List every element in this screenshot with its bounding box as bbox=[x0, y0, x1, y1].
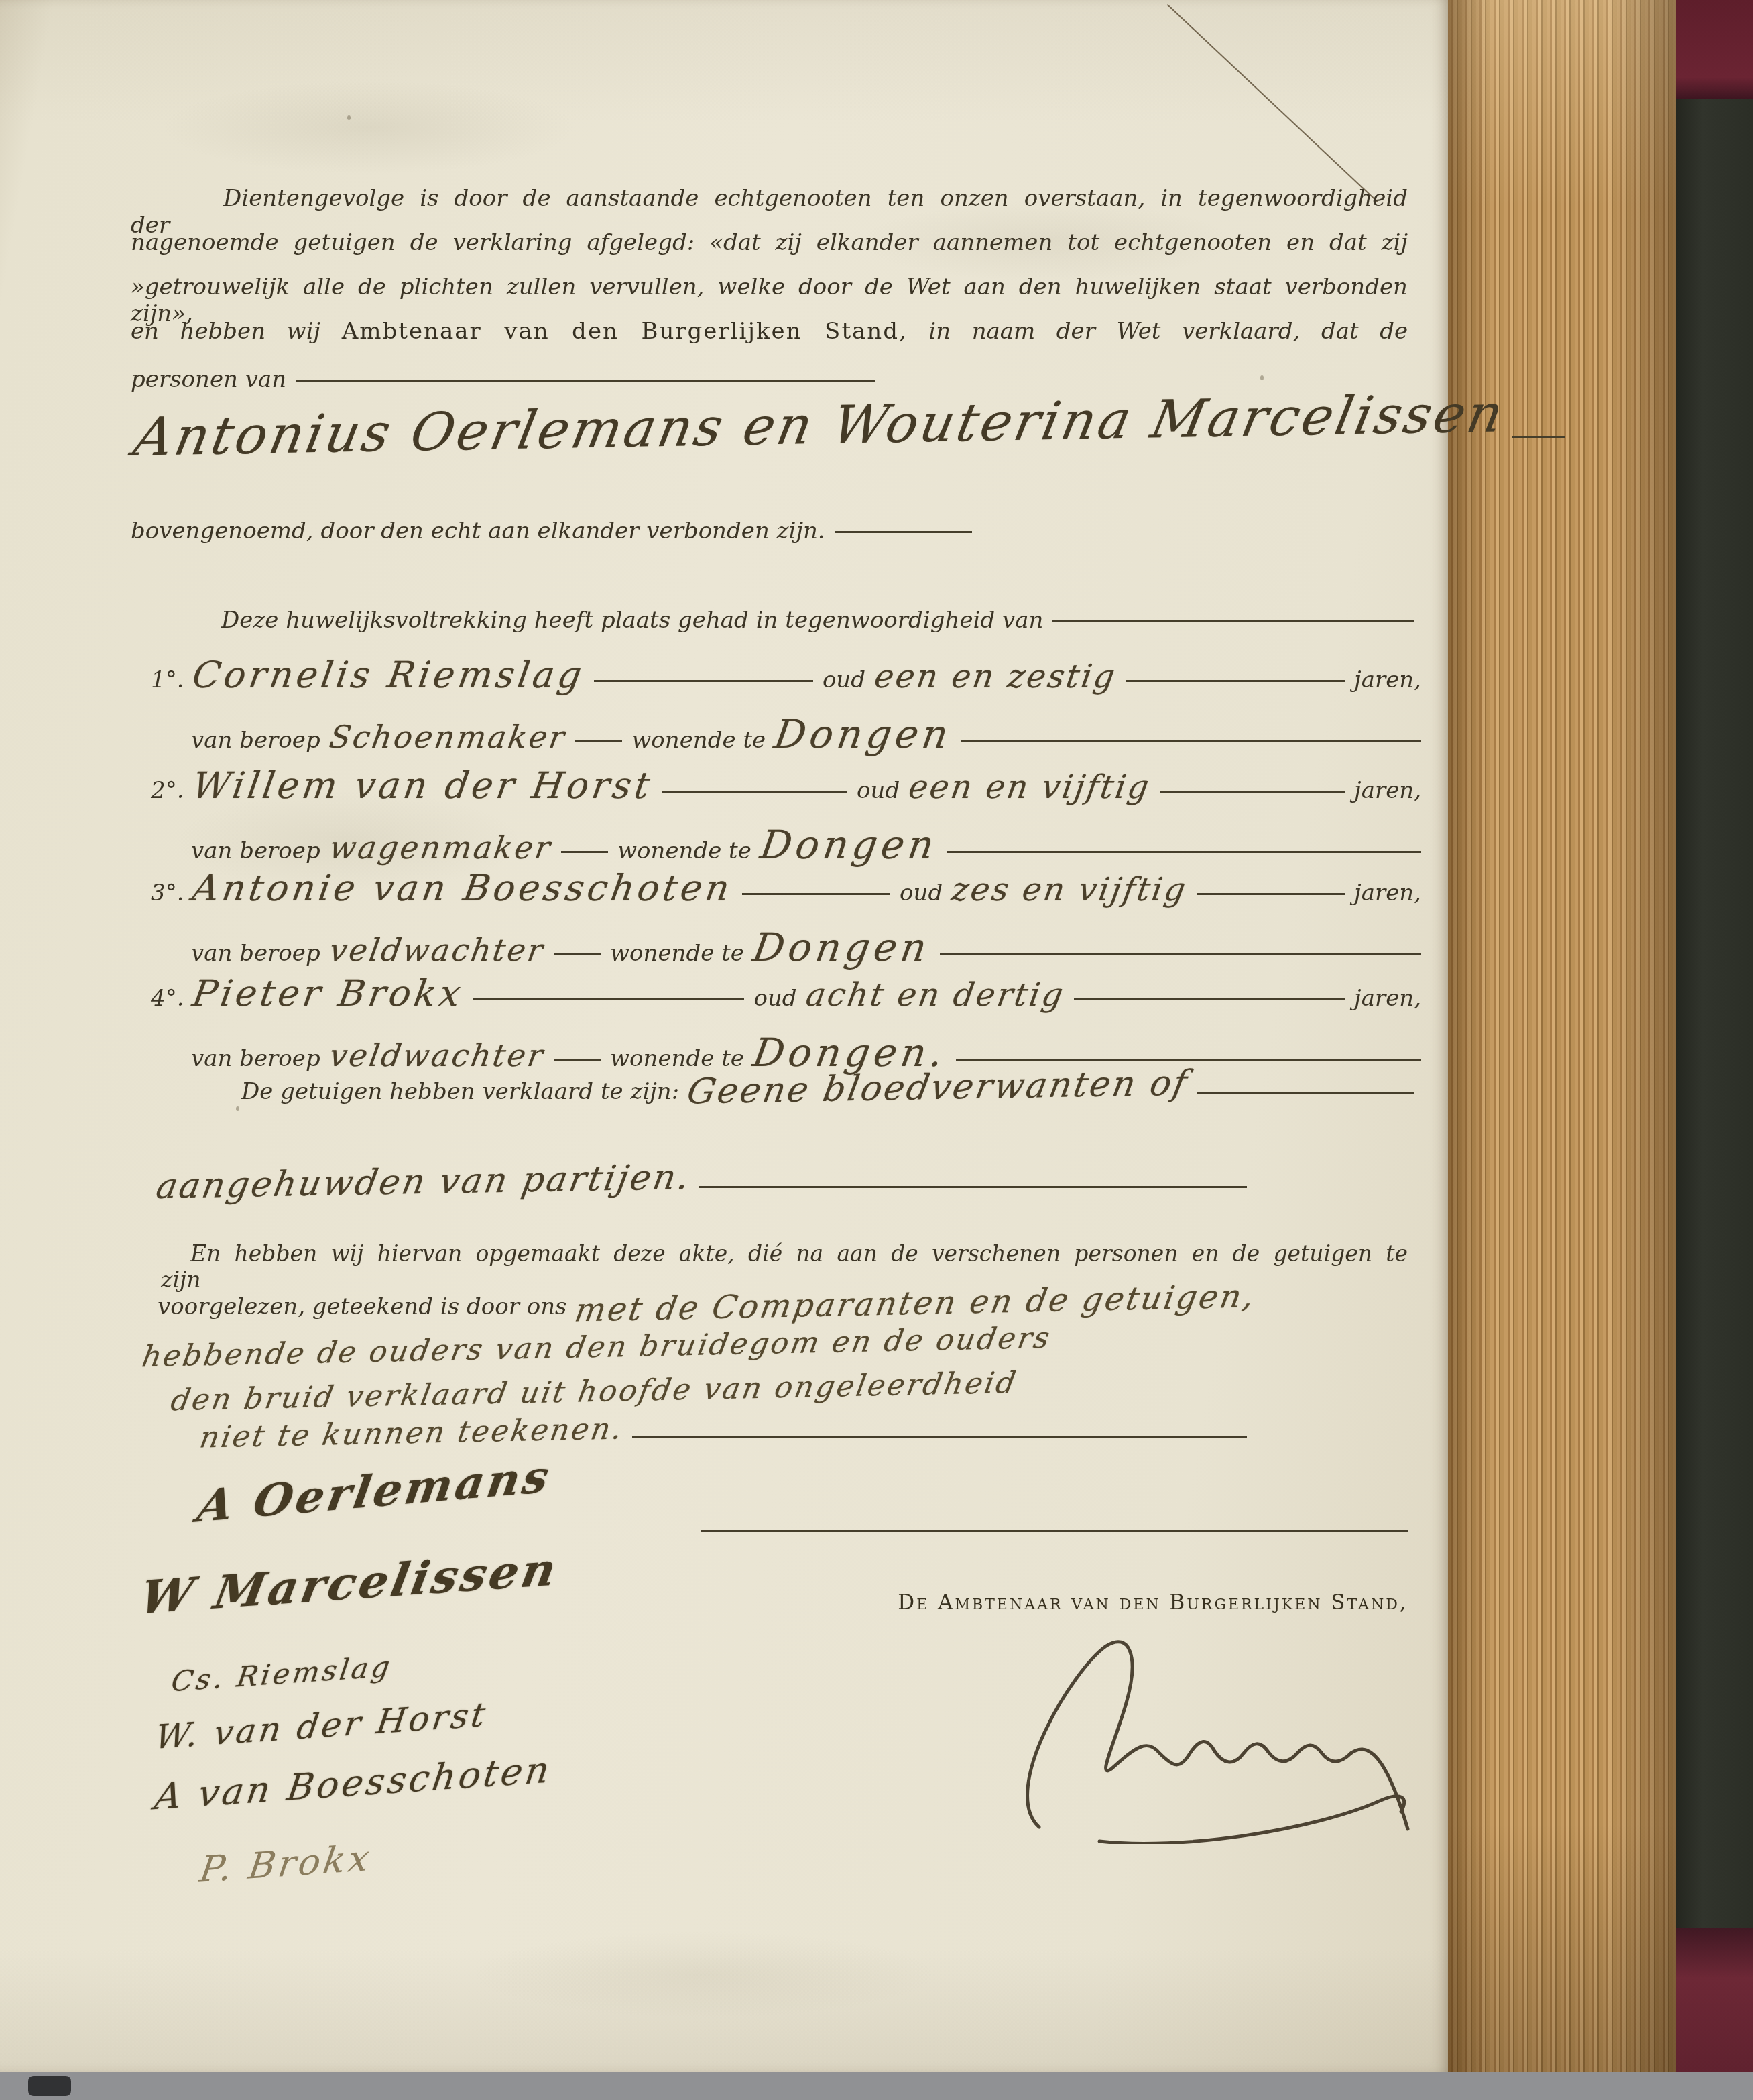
union-confirmation-line: bovengenoemd, door den echt aan elkander… bbox=[131, 518, 972, 544]
rule-line bbox=[561, 848, 608, 853]
persons-label: personen van bbox=[131, 366, 286, 393]
residence-label: wonende te bbox=[631, 727, 766, 754]
occupation-label: van beroep bbox=[191, 837, 320, 864]
witness-age-handwriting: een en vijftig bbox=[906, 768, 1154, 806]
years-label: jaren, bbox=[1354, 666, 1421, 693]
signature-separator-rule bbox=[701, 1530, 1408, 1532]
witness-number: 4°. bbox=[151, 985, 184, 1012]
closing-hand-line-3: den bruid verklaard uit hoofde van ongel… bbox=[173, 1375, 1016, 1409]
witness-declaration-printed: De getuigen hebben verklaard te zijn: bbox=[241, 1078, 679, 1105]
civil-registrar-title-inline: Ambtenaar van den Burgerlijken Stand, bbox=[342, 318, 908, 345]
rule-line bbox=[835, 528, 972, 533]
witness-declaration-handwriting: Geene bloedverwanten of bbox=[684, 1063, 1192, 1112]
rule-line bbox=[594, 677, 813, 682]
years-label: jaren, bbox=[1354, 777, 1421, 804]
witness-number: 3°. bbox=[151, 880, 184, 907]
witness-residence-handwriting: Dongen bbox=[772, 711, 955, 757]
witness-name-handwriting: Pieter Brokx bbox=[190, 972, 467, 1014]
rule-line bbox=[575, 738, 622, 742]
witness-row-1-detail: van beroep Schoenmaker wonende te Dongen bbox=[191, 711, 1421, 757]
witness-row-1-main: 1°. Cornelis Riemslag oud een en zestig … bbox=[151, 654, 1421, 696]
closing-hand-line-2: hebbende de ouders van den bruidegom en … bbox=[144, 1330, 1049, 1364]
rule-line bbox=[742, 890, 890, 895]
persons-line: personen van bbox=[131, 366, 875, 393]
ink-speck bbox=[236, 1106, 239, 1111]
witness-number: 1°. bbox=[151, 666, 184, 693]
closing-line-2: voorgelezen, geteekend is door ons met d… bbox=[158, 1285, 1418, 1322]
witness-declaration-line-1: De getuigen hebben verklaard te zijn: Ge… bbox=[241, 1067, 1414, 1108]
ink-speck bbox=[347, 115, 351, 120]
witness-name-handwriting: Antonie van Boesschoten bbox=[190, 867, 735, 909]
rule-line bbox=[473, 996, 745, 1000]
rule-line bbox=[940, 951, 1421, 955]
age-label: oud bbox=[753, 985, 796, 1012]
rule-line bbox=[961, 738, 1421, 742]
witness-row-3-main: 3°. Antonie van Boesschoten oud zes en v… bbox=[151, 867, 1421, 909]
intro-line-4-post: in naam der Wet verklaard, dat de bbox=[928, 318, 1408, 345]
rule-line bbox=[1197, 1089, 1414, 1094]
rule-line bbox=[1074, 996, 1345, 1000]
witness-residence-handwriting: Dongen bbox=[758, 822, 941, 868]
witness-row-4-main: 4°. Pieter Brokx oud acht en dertig jare… bbox=[151, 972, 1421, 1014]
witness-name-handwriting: Willem van der Horst bbox=[190, 764, 656, 807]
occupation-label: van beroep bbox=[191, 727, 320, 754]
witness-age-handwriting: een en zestig bbox=[872, 658, 1120, 695]
witness-occupation-handwriting: Schoenmaker bbox=[326, 719, 568, 755]
residence-label: wonende te bbox=[617, 837, 751, 864]
witness-name-handwriting: Cornelis Riemslag bbox=[190, 654, 588, 696]
witness-residence-handwriting: Dongen bbox=[750, 925, 934, 970]
book-cover bbox=[1676, 0, 1753, 2072]
official-signature-flourish bbox=[939, 1629, 1421, 1844]
ink-speck bbox=[1260, 375, 1264, 380]
closing-line-2-handwriting: met de Comparanten en de getuigen, bbox=[572, 1277, 1258, 1329]
rule-line bbox=[1197, 890, 1345, 895]
intro-line-4: en hebben wij Ambtenaar van den Burgerli… bbox=[131, 318, 1408, 345]
rule-line bbox=[1126, 677, 1345, 682]
rule-line bbox=[947, 848, 1421, 853]
register-book-photo: Dientengevolge is door de aanstaande ech… bbox=[0, 0, 1753, 2100]
closing-hand-line-4: niet te kunnen teekenen. bbox=[201, 1416, 1247, 1450]
rule-line bbox=[554, 951, 601, 955]
witness-intro-text: Deze huwelijksvoltrekking heeft plaats g… bbox=[221, 607, 1043, 634]
couple-names-line: Antonius Oerlemans en Wouterina Marcelis… bbox=[137, 396, 1223, 456]
witness-intro-line: Deze huwelijksvoltrekking heeft plaats g… bbox=[221, 607, 1414, 634]
rule-line bbox=[956, 1056, 1421, 1061]
intro-line-4-pre: en hebben wij bbox=[131, 318, 320, 345]
rule-line bbox=[1160, 788, 1345, 793]
age-label: oud bbox=[823, 666, 865, 693]
rule-line bbox=[1052, 618, 1414, 622]
rule-line bbox=[554, 1056, 601, 1061]
witness-row-2-main: 2°. Willem van der Horst oud een en vijf… bbox=[151, 764, 1421, 807]
civil-registrar-title: De Ambtenaar van den Burgerlijken Stand, bbox=[892, 1590, 1414, 1615]
witness-declaration-handwriting: aangehuwden van partijen. bbox=[153, 1157, 694, 1207]
rule-line bbox=[296, 377, 875, 382]
cover-bottom-maroon bbox=[1676, 1928, 1753, 2072]
years-label: jaren, bbox=[1354, 880, 1421, 907]
book-page-edges bbox=[1448, 0, 1676, 2072]
years-label: jaren, bbox=[1354, 985, 1421, 1012]
rule-line bbox=[699, 1183, 1247, 1188]
witness-row-2-detail: van beroep wagenmaker wonende te Dongen bbox=[191, 822, 1421, 868]
witness-occupation-handwriting: veldwachter bbox=[326, 932, 547, 968]
witness-occupation-handwriting: wagenmaker bbox=[326, 829, 554, 866]
witness-row-3-detail: van beroep veldwachter wonende te Dongen bbox=[191, 925, 1421, 970]
page-clip bbox=[28, 2076, 71, 2096]
union-confirmation-text: bovengenoemd, door den echt aan elkander… bbox=[131, 518, 825, 544]
closing-handwriting: niet te kunnen teekenen. bbox=[197, 1411, 626, 1454]
witness-age-handwriting: zes en vijftig bbox=[949, 871, 1191, 909]
age-label: oud bbox=[857, 777, 900, 804]
witness-age-handwriting: acht en dertig bbox=[803, 976, 1067, 1014]
age-label: oud bbox=[900, 880, 943, 907]
table-background bbox=[0, 2072, 1753, 2100]
witness-declaration-line-2: aangehuwden van partijen. bbox=[158, 1162, 1247, 1202]
rule-line bbox=[1512, 433, 1565, 438]
residence-label: wonende te bbox=[610, 940, 744, 967]
rule-line bbox=[662, 788, 847, 793]
witness-number: 2°. bbox=[151, 777, 184, 804]
occupation-label: van beroep bbox=[191, 940, 320, 967]
intro-line-2: nagenoemde getuigen de verklaring afgele… bbox=[131, 229, 1408, 256]
cover-top-maroon bbox=[1676, 0, 1753, 99]
closing-line-2-printed: voorgelezen, geteekend is door ons bbox=[158, 1293, 567, 1320]
rule-line bbox=[632, 1433, 1247, 1438]
